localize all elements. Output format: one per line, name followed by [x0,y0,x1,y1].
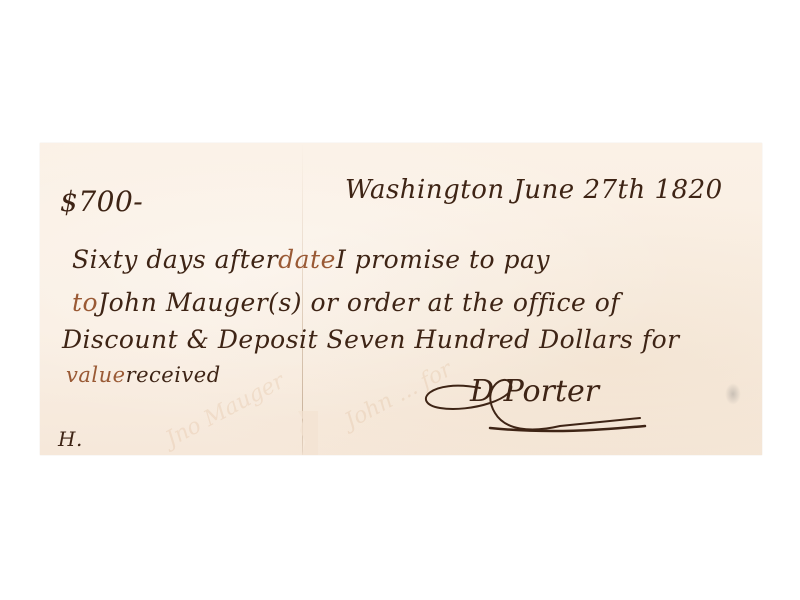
ink-smudge [725,383,741,405]
text-segment: received [126,363,221,387]
body-line-2: to John Mauger(s) or order at the office… [72,288,620,317]
note-amount: $700- [60,185,143,218]
text-segment: value [66,363,126,387]
place: Washington [345,175,505,205]
date: June 27th 1820 [513,175,722,205]
promissory-note-paper: John ... for Jno Mauger $700- Washington… [40,143,762,455]
text-segment: date [278,245,336,274]
body-line-1: Sixty days after date I promise to pay [72,245,550,274]
paper-tear [268,411,318,455]
text-segment: Discount & Deposit Seven Hundred Dollars… [62,325,680,354]
body-line-4: value received [66,363,221,387]
bottom-fragment: H. [58,427,83,451]
signature: D Porter [410,368,660,438]
place-and-date: Washington June 27th 1820 [345,175,723,205]
body-line-3: Discount & Deposit Seven Hundred Dollars… [62,325,680,354]
text-segment: Sixty days after [72,245,278,274]
signature-name: D Porter [470,374,599,409]
image-stage: John ... for Jno Mauger $700- Washington… [0,0,800,600]
text-segment: to [72,288,98,317]
text-segment: I promise to pay [336,245,550,274]
text-segment: John Mauger(s) or order at the office of [98,288,620,317]
